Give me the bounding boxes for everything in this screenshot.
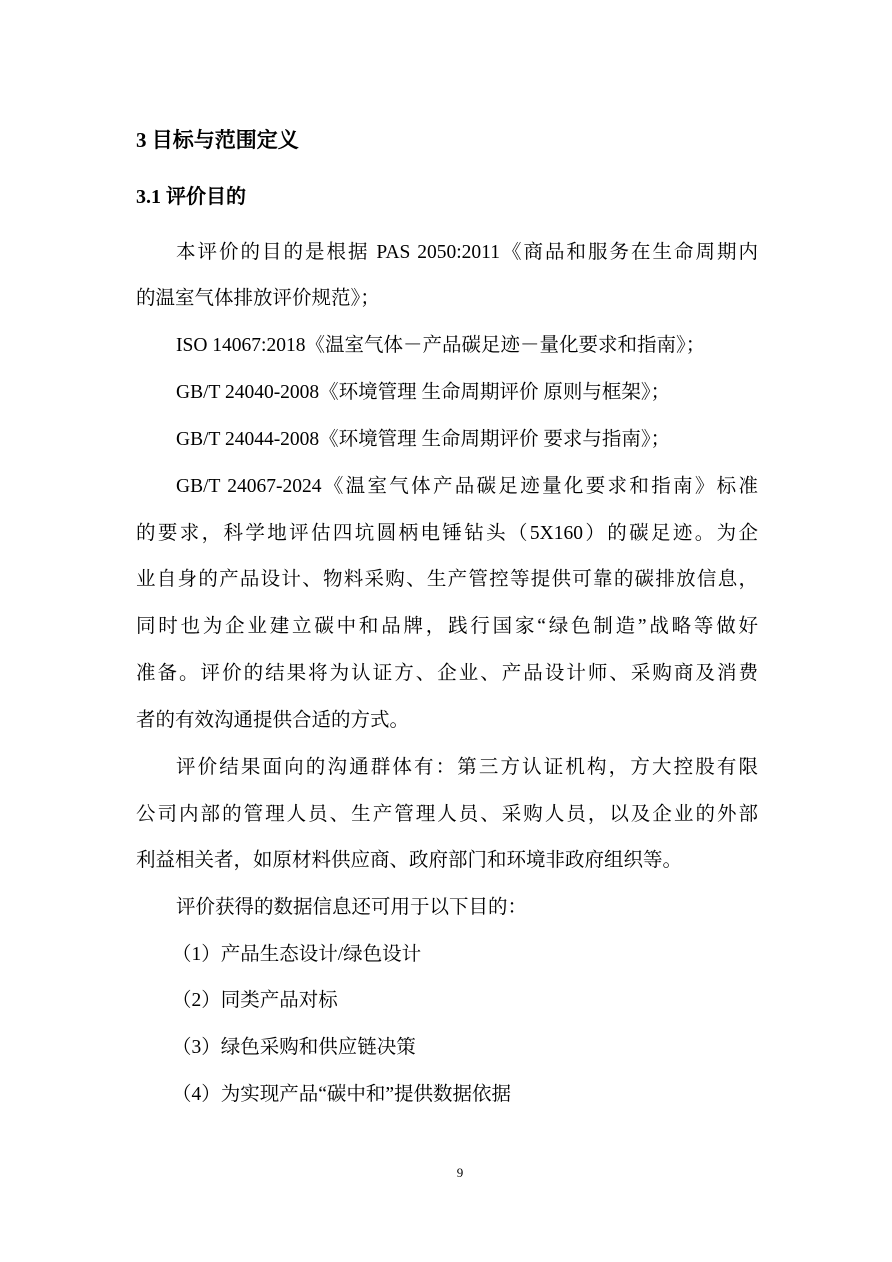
standard-item: GB/T 24044-2008《环境管理 生命周期评价 要求与指南》；	[176, 425, 670, 455]
paragraph-line: 的温室气体排放评价规范》；	[136, 284, 380, 314]
standard-item: ISO 14067:2018《温室气体－产品碳足迹－量化要求和指南》；	[176, 331, 705, 361]
purpose-item: （3）绿色采购和供应链决策	[172, 1033, 416, 1063]
standard-item: GB/T 24067-2024《温室气体产品碳足迹量化要求和指南》标准	[176, 472, 758, 502]
subsection-heading: 3.1 评价目的	[136, 181, 246, 213]
section-heading: 3 目标与范围定义	[136, 124, 299, 156]
purpose-item: （2）同类产品对标	[172, 986, 338, 1016]
paragraph-line: 准备。评价的结果将为认证方、企业、产品设计师、采购商及消费	[136, 659, 758, 689]
paragraph-line: 的要求，科学地评估四坑圆柄电锤钻头（5X160）的碳足迹。为企	[136, 519, 758, 549]
standard-item: GB/T 24040-2008《环境管理 生命周期评价 原则与框架》；	[176, 378, 670, 408]
page-number: 9	[0, 1163, 892, 1183]
document-page: 3 目标与范围定义 3.1 评价目的 本评价的目的是根据 PAS 2050:20…	[0, 0, 892, 1262]
paragraph-line: 评价获得的数据信息还可用于以下目的：	[176, 893, 527, 923]
paragraph-line: 公司内部的管理人员、生产管理人员、采购人员，以及企业的外部	[136, 800, 758, 830]
paragraph-line: 本评价的目的是根据 PAS 2050:2011《商品和服务在生命周期内	[176, 238, 758, 268]
paragraph-line: 利益相关者，如原材料供应商、政府部门和环境非政府组织等。	[136, 846, 682, 876]
paragraph-line: 同时也为企业建立碳中和品牌，践行国家“绿色制造”战略等做好	[136, 612, 758, 642]
paragraph-line: 业自身的产品设计、物料采购、生产管控等提供可靠的碳排放信息，	[136, 565, 758, 595]
purpose-item: （4）为实现产品“碳中和”提供数据依据	[172, 1080, 511, 1110]
paragraph-line: 评价结果面向的沟通群体有：第三方认证机构，方大控股有限	[176, 753, 758, 783]
purpose-item: （1）产品生态设计/绿色设计	[172, 940, 421, 970]
paragraph-line: 者的有效沟通提供合适的方式。	[136, 706, 409, 736]
